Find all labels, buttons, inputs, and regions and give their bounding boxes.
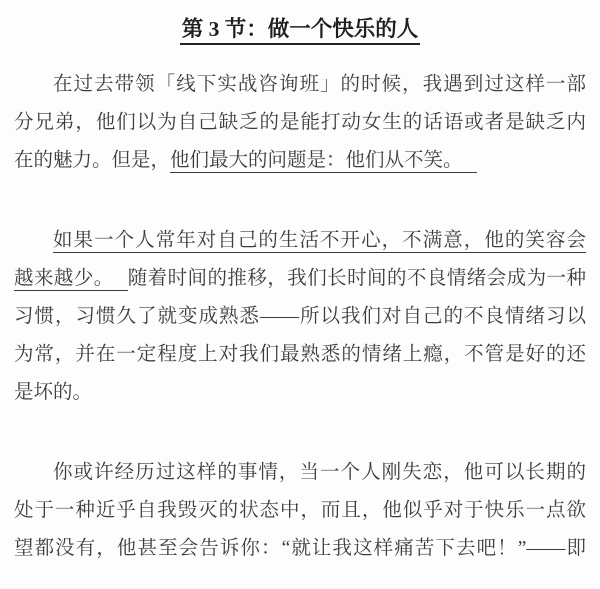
- text-line: 在的魅力。但是，他们最大的问题是：他们从不笑。: [14, 142, 586, 180]
- page-title: 第 3 节：做一个快乐的人: [14, 14, 586, 44]
- text-segment: 在的魅力。但是，: [14, 150, 170, 171]
- text-line: 如果一个人常年对自己的生活不开心，不满意，他的笑容会: [14, 222, 586, 260]
- text-segment: 随着时间的推移，我们长时间的不良情绪会成为一种: [128, 268, 586, 289]
- text-line: 处于一种近乎自我毁灭的状态中，而且，他似乎对于快乐一点欲: [14, 492, 586, 530]
- text-segment: 为常，并在一定程度上对我们最熟悉的情绪上瘾，不管是好的还: [14, 344, 586, 365]
- text-line: 为常，并在一定程度上对我们最熟悉的情绪上瘾，不管是好的还: [14, 336, 586, 374]
- paragraph-1: 在过去带领「线下实战咨询班」的时候，我遇到过这样一部 分兄弟，他们以为自己缺乏的…: [14, 66, 586, 180]
- text-segment: 处于一种近乎自我毁灭的状态中，而且，他似乎对于快乐一点欲: [14, 500, 586, 521]
- text-segment: 在过去带领「线下实战咨询班」的时候，我遇到过这样一部: [53, 74, 586, 95]
- text-segment: 望都没有，他甚至会告诉你：“就让我这样痛苦下去吧！”——即: [14, 538, 586, 559]
- underlined-text-segment: 如果一个人常年对自己的生活不开心，不满意，他的笑容会: [53, 230, 586, 253]
- text-segment: 习惯，习惯久了就变成熟悉——所以我们对自己的不良情绪习以: [14, 306, 586, 327]
- text-line: 习惯，习惯久了就变成熟悉——所以我们对自己的不良情绪习以: [14, 298, 586, 336]
- text-segment: 你或许经历过这样的事情，当一个人刚失恋，他可以长期的: [53, 462, 586, 483]
- text-line: 分兄弟，他们以为自己缺乏的是能打动女生的话语或者是缺乏内: [14, 104, 586, 142]
- paragraph-2: 如果一个人常年对自己的生活不开心，不满意，他的笑容会 越来越少。随着时间的推移，…: [14, 222, 586, 412]
- paragraph-3: 你或许经历过这样的事情，当一个人刚失恋，他可以长期的 处于一种近乎自我毁灭的状态…: [14, 454, 586, 568]
- document-page: 第 3 节：做一个快乐的人 在过去带领「线下实战咨询班」的时候，我遇到过这样一部…: [0, 0, 600, 589]
- text-line: 是坏的。: [14, 374, 586, 412]
- underlined-text-segment: 他们最大的问题是：他们从不笑。: [170, 150, 477, 173]
- page-title-text: 第 3 节：做一个快乐的人: [180, 17, 421, 45]
- text-segment: 是坏的。: [14, 382, 92, 403]
- text-line: 望都没有，他甚至会告诉你：“就让我这样痛苦下去吧！”——即: [14, 530, 586, 568]
- text-line: 在过去带领「线下实战咨询班」的时候，我遇到过这样一部: [14, 66, 586, 104]
- text-segment: 分兄弟，他们以为自己缺乏的是能打动女生的话语或者是缺乏内: [14, 112, 586, 133]
- text-line: 越来越少。随着时间的推移，我们长时间的不良情绪会成为一种: [14, 260, 586, 298]
- underlined-text-segment: 越来越少。: [14, 268, 128, 291]
- text-line: 你或许经历过这样的事情，当一个人刚失恋，他可以长期的: [14, 454, 586, 492]
